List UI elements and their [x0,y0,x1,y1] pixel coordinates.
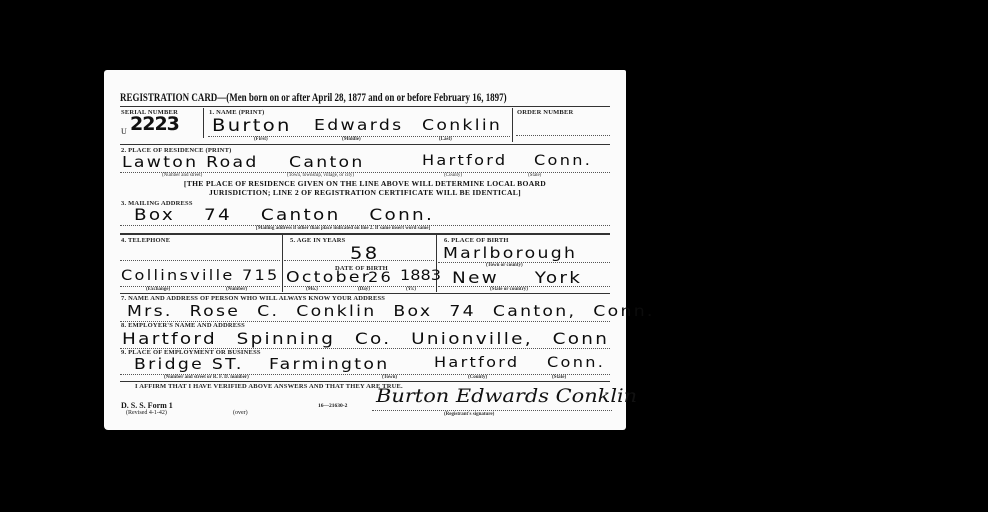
first-caption: (First) [254,137,268,142]
jurisdiction-notice-line1: [THE PLACE OF RESIDENCE GIVEN ON THE LIN… [104,179,626,188]
registration-card: REGISTRATION CARD—(Men born on or after … [104,70,626,430]
residence-town-value: Canton [289,153,365,171]
form-code: 16—21630-2 [318,403,347,409]
birth-place-label: 6. Place of Birth [444,237,509,244]
employment-county-value: Hartford [434,355,519,371]
middle-caption: (Middle) [342,137,361,142]
month-caption: (Mo.) [306,287,318,292]
employment-town-caption: (Town) [382,375,397,380]
serial-prefix: U [121,127,127,136]
signature-caption: (Registrant's signature) [444,412,494,417]
age-label: 5. Age in Years [290,237,346,244]
employment-state-caption: (State) [552,375,566,380]
first-name-value: Burton [212,116,292,136]
registrant-signature: Burton Edwards Conklin [376,385,637,407]
name-label: 1. Name (Print) [209,109,265,116]
last-name-value: Conklin [422,116,502,134]
telephone-value: Collinsville 715 [121,268,280,284]
contact-person-value: Mrs. Rose C. Conklin Box 74 Canton, Conn… [127,302,655,320]
form-name: D. S. S. Form 1 [121,401,173,410]
affirmation-text: I Affirm That I Have Verified Above Answ… [135,383,403,390]
number-caption: (Number) [226,287,247,292]
employment-street-value: Bridge ST. [134,355,244,373]
residence-street-value: Lawton Road [122,153,259,171]
birth-month-value: October [286,268,371,286]
order-number-label: Order Number [517,109,573,116]
age-value: 58 [350,244,379,264]
mailing-address-value: Box 74 Canton Conn. [134,205,434,224]
over-note: (over) [233,410,248,416]
town-caption: (Town, township, village, or city) [287,173,354,178]
form-revised: (Revised 4-1-42) [126,410,167,416]
residence-county-value: Hartford [422,153,507,169]
state-caption: (State) [528,173,541,178]
jurisdiction-notice-line2: JURISDICTION; LINE 2 OF REGISTRATION CER… [104,188,626,197]
birth-state-value: New York [452,268,582,287]
birth-day-value: 26 [368,270,393,286]
last-caption: (Last) [439,137,452,142]
employment-state-value: Conn. [547,355,605,371]
day-caption: (Day) [358,287,370,292]
card-title: REGISTRATION CARD—(Men born on or after … [120,92,507,104]
exchange-caption: (Exchange) [146,287,170,292]
employment-county-caption: (County) [468,375,487,380]
birth-state-caption: (State or country) [490,287,528,292]
employment-town-value: Farmington [269,355,389,373]
county-caption: (County) [444,173,462,178]
contact-person-label: 7. Name and Address of Person Who Will A… [121,295,385,302]
employer-label: 8. Employer's Name and Address [121,322,245,329]
employment-street-caption: (Number and street or R. F. D. number) [164,375,249,380]
birth-year-value: 1883 [400,268,441,284]
employer-value: Hartford Spinning Co. Unionville, Conn [122,329,609,348]
year-caption: (Yr.) [406,287,416,292]
telephone-label: 4. Telephone [121,237,170,244]
residence-state-value: Conn. [534,153,592,169]
middle-name-value: Edwards [314,116,403,134]
serial-number-value: 2223 [130,113,179,135]
street-caption: (Number and street) [162,173,202,178]
birth-town-value: Marlborough [443,244,577,262]
mailing-address-caption: [Mailing address if other than place ind… [256,226,430,231]
